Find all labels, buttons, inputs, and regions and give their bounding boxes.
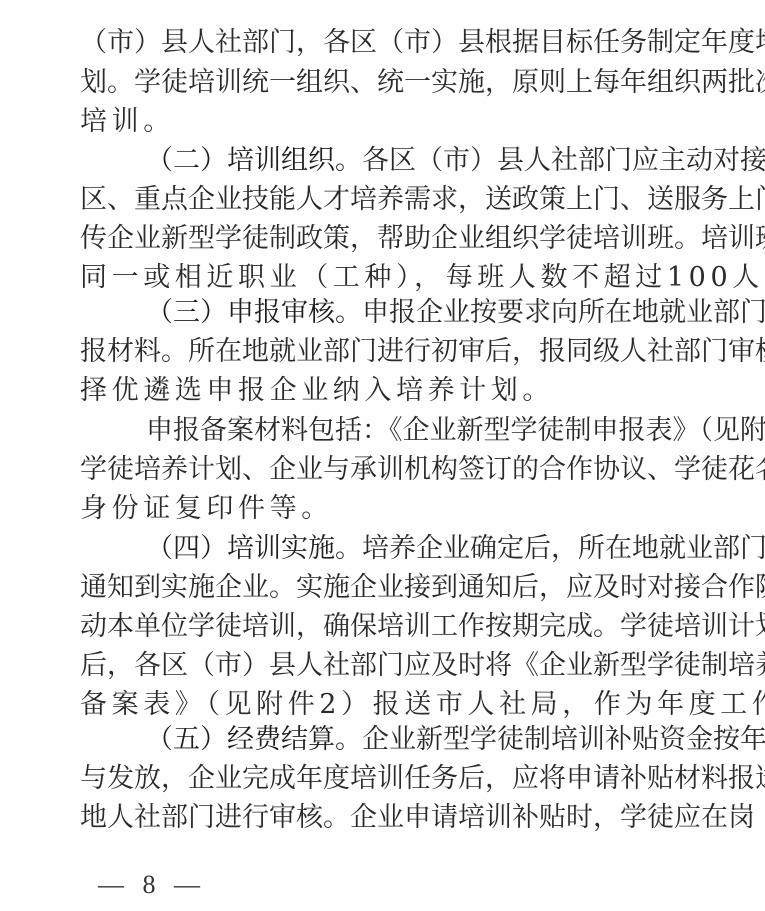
section-heading: （四）培训实施。 (146, 533, 362, 564)
section-heading: （五）经费结算。 (146, 724, 362, 755)
text-line: 与发放，企业完成年度培训任务后，应将申请补贴材料报送所在 (80, 762, 668, 796)
text-line: 申报备案材料包括：《企业新型学徒制申报表》（见附件1）、 (146, 414, 668, 448)
text-segment: 各区（市）县人社部门应主动对接产业园 (362, 145, 765, 176)
section-heading-line: （三）申报审核。申报企业按要求向所在地就业部门提交申 (146, 296, 668, 330)
text-segment: 申报企业按要求向所在地就业部门提交申 (362, 297, 765, 328)
text-line: 划。学徒培训统一组织、统一实施，原则上每年组织两批次学徒 (80, 66, 668, 100)
text-line: 同一或相近职业（工种），每班人数不超过100人。 (80, 261, 668, 295)
text-line: 报材料。所在地就业部门进行初审后，报同级人社部门审核确定， (80, 335, 668, 369)
section-heading-line: （二）培训组织。各区（市）县人社部门应主动对接产业园 (146, 144, 668, 178)
text-line: 地人社部门进行审核。企业申请培训补贴时，学徒应在岗（包括 (80, 801, 668, 835)
text-line: 后，各区（市）县人社部门应及时将《企业新型学徒制培养计划 (80, 649, 668, 683)
text-line: 传企业新型学徒制政策，帮助企业组织学徒培训班。培训班应为 (80, 222, 668, 256)
section-heading: （二）培训组织。 (146, 145, 362, 176)
section-heading-line: （五）经费结算。企业新型学徒制培训补贴资金按年度审核 (146, 723, 668, 757)
text-line: 择优遴选申报企业纳入培养计划。 (80, 374, 668, 408)
text-line: 通知到实施企业。实施企业接到通知后，应及时对接合作院校启 (80, 571, 668, 605)
page-number: — 8 — (98, 870, 206, 900)
text-line: 身份证复印件等。 (80, 492, 668, 526)
text-line: 区、重点企业技能人才培养需求，送政策上门、送服务上门，宣 (80, 183, 668, 217)
text-segment: 企业新型学徒制培训补贴资金按年度审核 (362, 724, 765, 755)
section-heading: （三）申报审核。 (146, 297, 362, 328)
text-line: （市）县人社部门，各区（市）县根据目标任务制定年度培养计 (80, 26, 668, 60)
text-line: 学徒培养计划、企业与承训机构签订的合作协议、学徒花名册及 (80, 453, 668, 487)
text-line: 培训。 (80, 105, 668, 139)
section-heading-line: （四）培训实施。培养企业确定后，所在地就业部门应及时 (146, 532, 668, 566)
text-segment: 培养企业确定后，所在地就业部门应及时 (362, 533, 765, 564)
text-line: 备案表》（见附件2）报送市人社局，作为年度工作考核依据。 (80, 688, 668, 722)
document-page: （市）县人社部门，各区（市）县根据目标任务制定年度培养计 划。学徒培训统一组织、… (0, 0, 765, 911)
text-line: 动本单位学徒培训，确保培训工作按期完成。学徒培训计划确定 (80, 610, 668, 644)
